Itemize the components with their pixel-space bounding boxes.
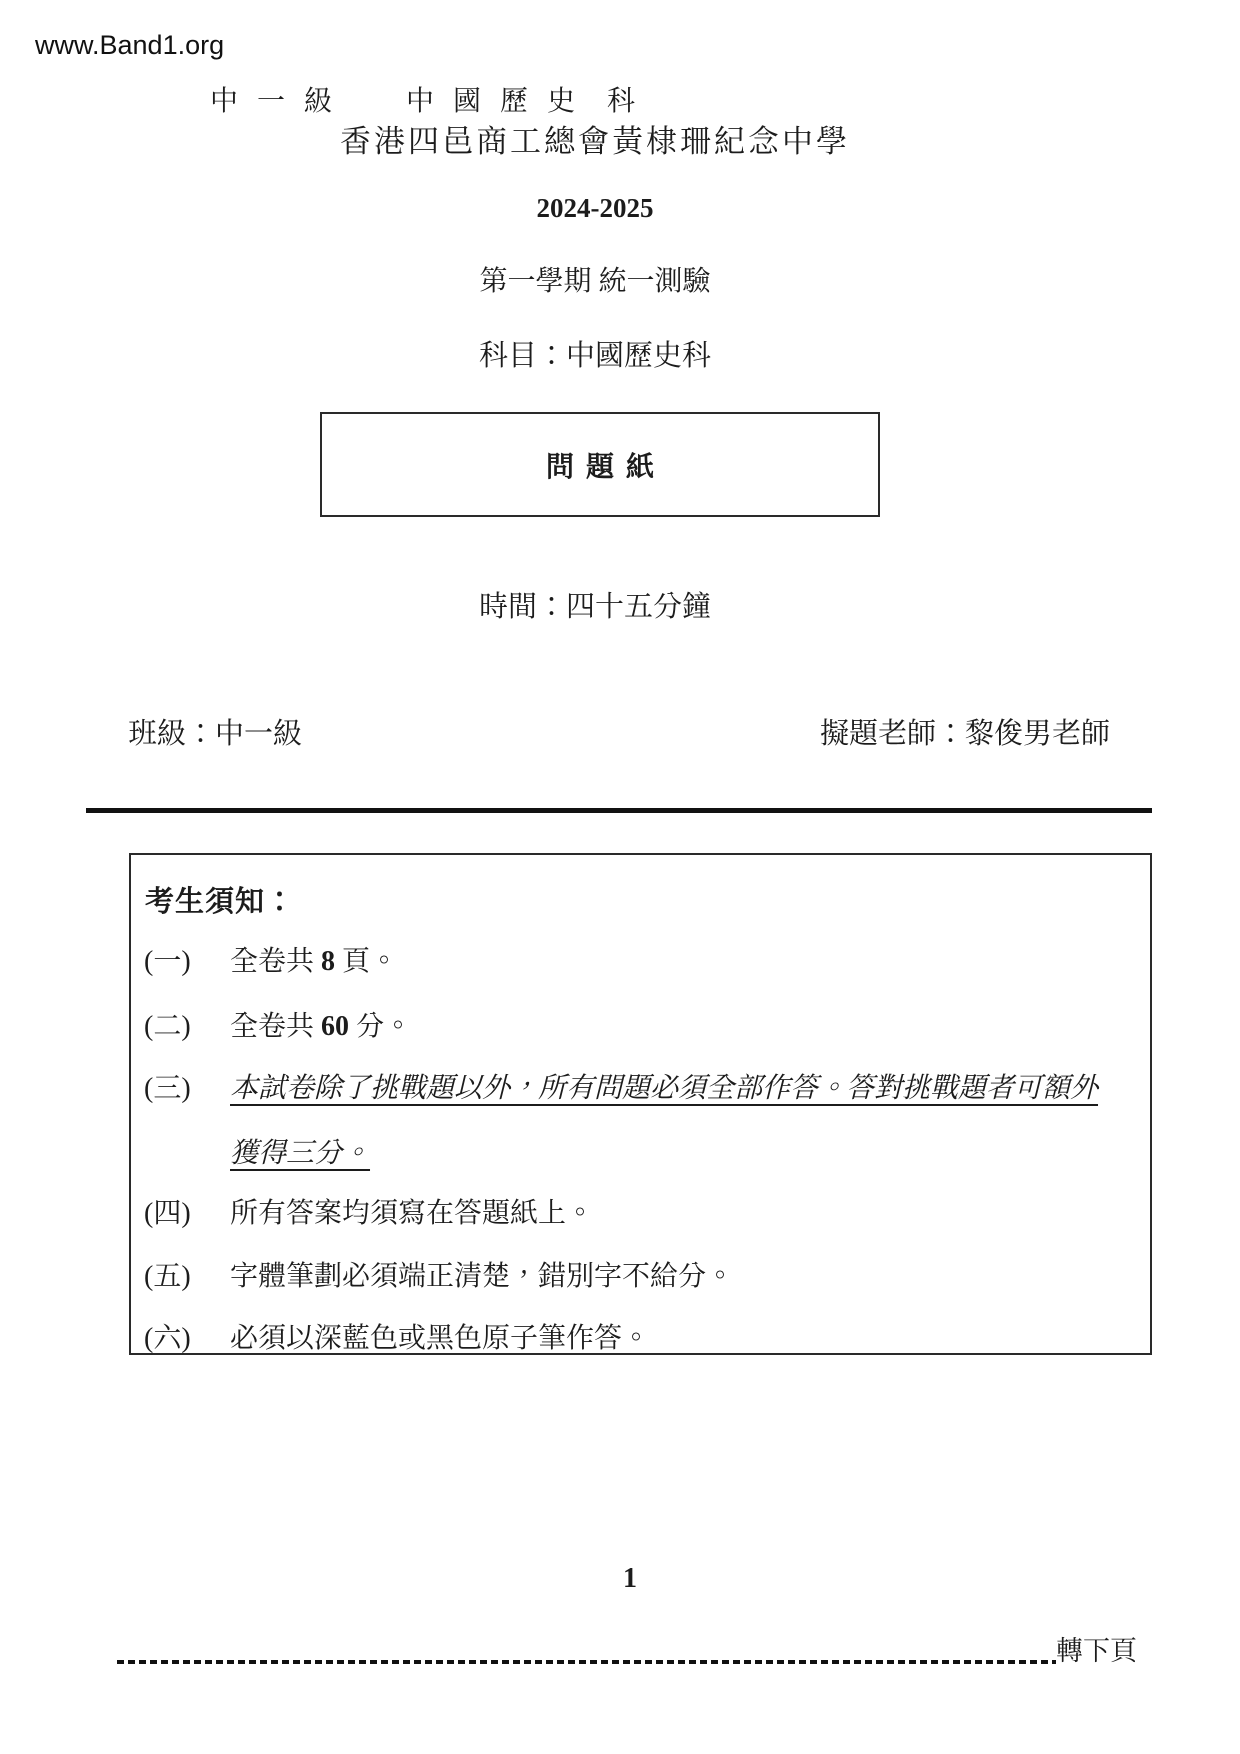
note-text-strong: 8 [321, 946, 335, 977]
exam-cover-page: www.Band1.org 中 一 級 中 國 歷 史 科 香港四邑商工總會黃棣… [0, 0, 1240, 1754]
notes-title: 考生須知： [145, 879, 295, 920]
note-item-number: (三) [144, 1073, 191, 1105]
note-text-strong: 60 [321, 1011, 349, 1042]
note-item-number: (四) [144, 1198, 191, 1230]
question-paper-box: 問題紙 [320, 412, 880, 517]
note-item-text: 字體筆劃必須端正清楚，錯別字不給分。 [230, 1261, 1130, 1293]
note-text-pre: 全卷共 [230, 1011, 321, 1042]
question-paper-label: 問題紙 [534, 445, 666, 485]
challenge-note-line2: 獲得三分。 [230, 1138, 1130, 1170]
subject-line: 科目：中國歷史科 [0, 333, 1190, 374]
note-item-text: 必須以深藍色或黑色原子筆作答。 [230, 1323, 1130, 1355]
header-row: 中 一 級 中 國 歷 史 科 [0, 79, 1190, 113]
note-item-number: (五) [144, 1261, 191, 1293]
note-item-number: (六) [144, 1323, 191, 1355]
note-item-text: 本試卷除了挑戰題以外，所有問題必須全部作答。答對挑戰題者可額外獲得三分。 [230, 1073, 1130, 1170]
duration-line: 時間：四十五分鐘 [0, 584, 1190, 625]
school-year: 2024-2025 [0, 193, 1190, 224]
page-number: 1 [0, 1563, 1240, 1595]
dashed-cut-line [117, 1660, 1056, 1664]
note-text-pre: 全卷共 [230, 946, 321, 977]
exam-title: 第一學期 統一測驗 [0, 259, 1190, 299]
class-line: 班級：中一級 [128, 711, 302, 752]
note-item-number: (二) [144, 1011, 191, 1043]
subject-header-label: 中 國 歷 史 科 [406, 79, 641, 119]
school-name: 香港四邑商工總會黃棣珊紀念中學 [0, 116, 1190, 161]
site-watermark: www.Band1.org [35, 30, 224, 61]
form-level-label: 中 一 級 [210, 79, 338, 119]
teacher-line: 擬題老師：黎俊男老師 [820, 711, 1110, 752]
note-item-number: (一) [144, 946, 191, 978]
candidate-notes-box: 考生須知： (一) 全卷共 8 頁。 (二) 全卷共 60 分。 (三) 本試卷… [129, 853, 1152, 1355]
horizontal-rule [86, 808, 1152, 813]
meta-row: 班級：中一級 擬題老師：黎俊男老師 [0, 711, 1240, 745]
note-item-text: 全卷共 60 分。 [230, 1011, 1130, 1043]
note-item-text: 所有答案均須寫在答題紙上。 [230, 1198, 1130, 1230]
next-page-label: 轉下頁 [1056, 1629, 1137, 1668]
note-item-text: 全卷共 8 頁。 [230, 946, 1130, 978]
challenge-note-line1: 本試卷除了挑戰題以外，所有問題必須全部作答。答對挑戰題者可額外 [230, 1073, 1098, 1104]
note-text-post: 頁。 [335, 946, 398, 977]
note-text-post: 分。 [349, 1011, 412, 1042]
